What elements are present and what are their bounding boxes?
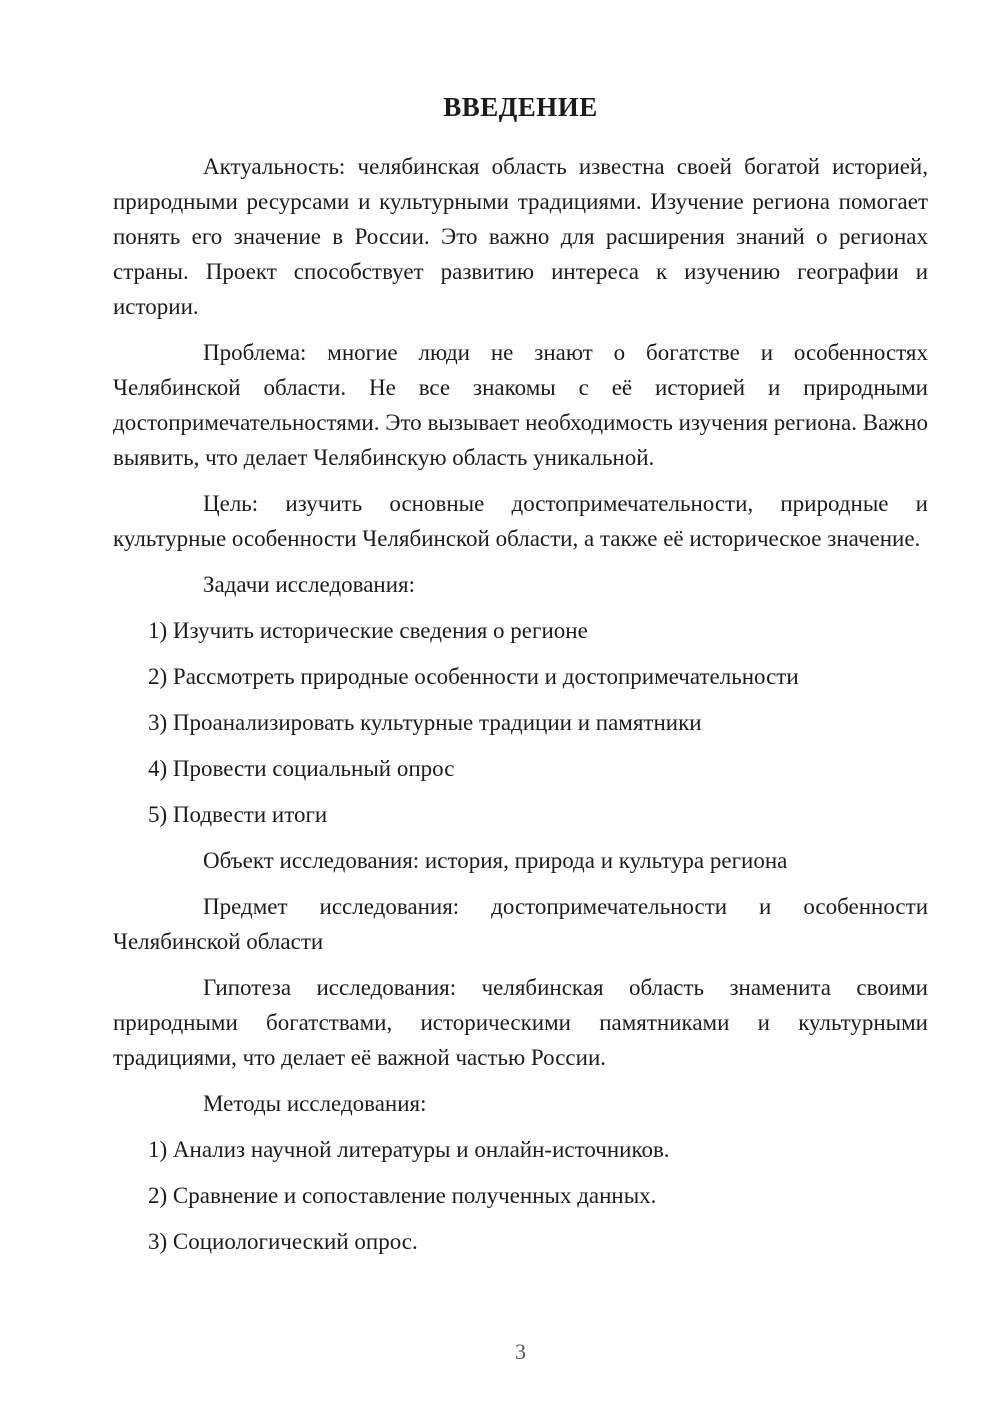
paragraph: Предмет исследования: достопримечательно… <box>113 889 928 959</box>
paragraph: Цель: изучить основные достопримечательн… <box>113 486 928 556</box>
paragraph: Актуальность: челябинская область извест… <box>113 149 928 324</box>
document-page: ВВЕДЕНИЕ Актуальность: челябинская облас… <box>0 0 1000 1414</box>
paragraph: Задачи исследования: <box>113 567 928 602</box>
list-item: 1) Анализ научной литературы и онлайн-ис… <box>113 1132 928 1167</box>
paragraph: Проблема: многие люди не знают о богатст… <box>113 335 928 475</box>
list-item: 3) Проанализировать культурные традиции … <box>113 705 928 740</box>
page-title: ВВЕДЕНИЕ <box>113 92 928 122</box>
paragraph: Объект исследования: история, природа и … <box>113 843 928 878</box>
list-item: 5) Подвести итоги <box>113 797 928 832</box>
list-item: 4) Провести социальный опрос <box>113 751 928 786</box>
paragraph: Гипотеза исследования: челябинская облас… <box>113 970 928 1075</box>
document-body: Актуальность: челябинская область извест… <box>113 149 928 1259</box>
list-item: 2) Сравнение и сопоставление полученных … <box>113 1178 928 1213</box>
page-number: 3 <box>113 1338 928 1366</box>
list-item: 1) Изучить исторические сведения о регио… <box>113 613 928 648</box>
paragraph: Методы исследования: <box>113 1086 928 1121</box>
list-item: 2) Рассмотреть природные особенности и д… <box>113 659 928 694</box>
list-item: 3) Социологический опрос. <box>113 1224 928 1259</box>
